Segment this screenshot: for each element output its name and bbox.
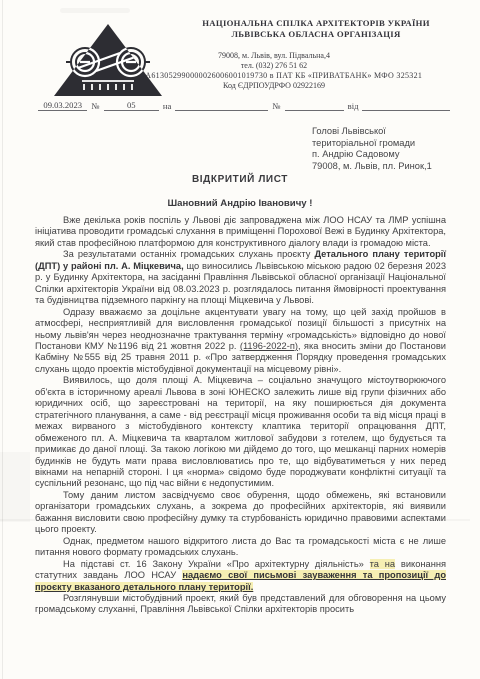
text-run: Однак, предметом нашого відкритого листа… bbox=[35, 536, 446, 557]
scan-smudge bbox=[0, 452, 30, 522]
recipient-line: Голові Львівської bbox=[312, 126, 432, 138]
document-reference-link: (1196-2022-п) bbox=[240, 341, 298, 351]
org-name-line2: ЛЬВІВСЬКА ОБЛАСНА ОРГАНІЗАЦІЯ bbox=[168, 29, 464, 40]
paragraph: Тому даним листом засвідчуємо своє обуре… bbox=[35, 490, 446, 536]
text-run: Виявилось, що доля площі А. Міцкевича – … bbox=[35, 375, 446, 488]
recipient-line: територіальної громади bbox=[312, 138, 432, 150]
text-run: Вже декілька років поспіль у Львові діє … bbox=[35, 215, 446, 248]
letter-body: Вже декілька років поспіль у Львові діє … bbox=[35, 215, 446, 616]
letter-date: 09.03.2023 bbox=[38, 100, 87, 111]
letterhead: НАЦІОНАЛЬНА СПІЛКА АРХІТЕКТОРІВ УКРАЇНИ … bbox=[0, 18, 480, 90]
recipient-line: п. Андрію Садовому bbox=[312, 149, 432, 161]
paragraph: Одразу вважаємо за доцільне акцентувати … bbox=[35, 307, 446, 376]
scan-smudge bbox=[60, 8, 130, 13]
salutation: Шановний Андрію Івановичу ! bbox=[0, 198, 480, 209]
recipient-block: Голові Львівськоїтериторіальної громадип… bbox=[312, 126, 432, 172]
na-label: на bbox=[163, 101, 171, 111]
paragraph: Розглянувши містобудівний проект, який б… bbox=[35, 593, 446, 616]
number-sign-label: № bbox=[272, 101, 280, 111]
paragraph: Однак, предметом нашого відкритого листа… bbox=[35, 536, 446, 559]
vid-label: від bbox=[348, 101, 359, 111]
reply-to-blank bbox=[175, 100, 268, 111]
paragraph: Вже декілька років поспіль у Львові діє … bbox=[35, 215, 446, 249]
text-run: Тому даним листом засвідчуємо своє обуре… bbox=[35, 490, 446, 534]
org-name-line1: НАЦІОНАЛЬНА СПІЛКА АРХІТЕКТОРІВ УКРАЇНИ bbox=[168, 18, 464, 29]
incoming-number-blank bbox=[285, 100, 344, 111]
architects-union-logo-icon bbox=[52, 22, 164, 100]
paragraph: На підставі ст. 16 Закону України «Про а… bbox=[35, 559, 446, 593]
letter-title: ВІДКРИТИЙ ЛИСТ bbox=[0, 174, 480, 185]
number-sign-label: № bbox=[91, 101, 99, 111]
scanned-letter-page: НАЦІОНАЛЬНА СПІЛКА АРХІТЕКТОРІВ УКРАЇНИ … bbox=[0, 0, 480, 679]
recipient-line: 79008, м. Львів, пл. Ринок,1 bbox=[312, 161, 432, 173]
text-run: На підставі ст. 16 Закону України «Про а… bbox=[63, 559, 370, 569]
paragraph: За результатами останніх громадських слу… bbox=[35, 249, 446, 306]
letter-number: 05 bbox=[104, 100, 159, 111]
text-run: Розглянувши містобудівний проект, який б… bbox=[35, 593, 446, 614]
text-run: За результатами останніх громадських слу… bbox=[63, 249, 314, 259]
paragraph: Виявилось, що доля площі А. Міцкевича – … bbox=[35, 375, 446, 490]
incoming-date-blank bbox=[362, 100, 450, 111]
reference-line: 09.03.2023 № 05 на № від bbox=[38, 100, 450, 111]
text-run: та на bbox=[370, 559, 395, 569]
scan-edge-line bbox=[2, 0, 3, 679]
